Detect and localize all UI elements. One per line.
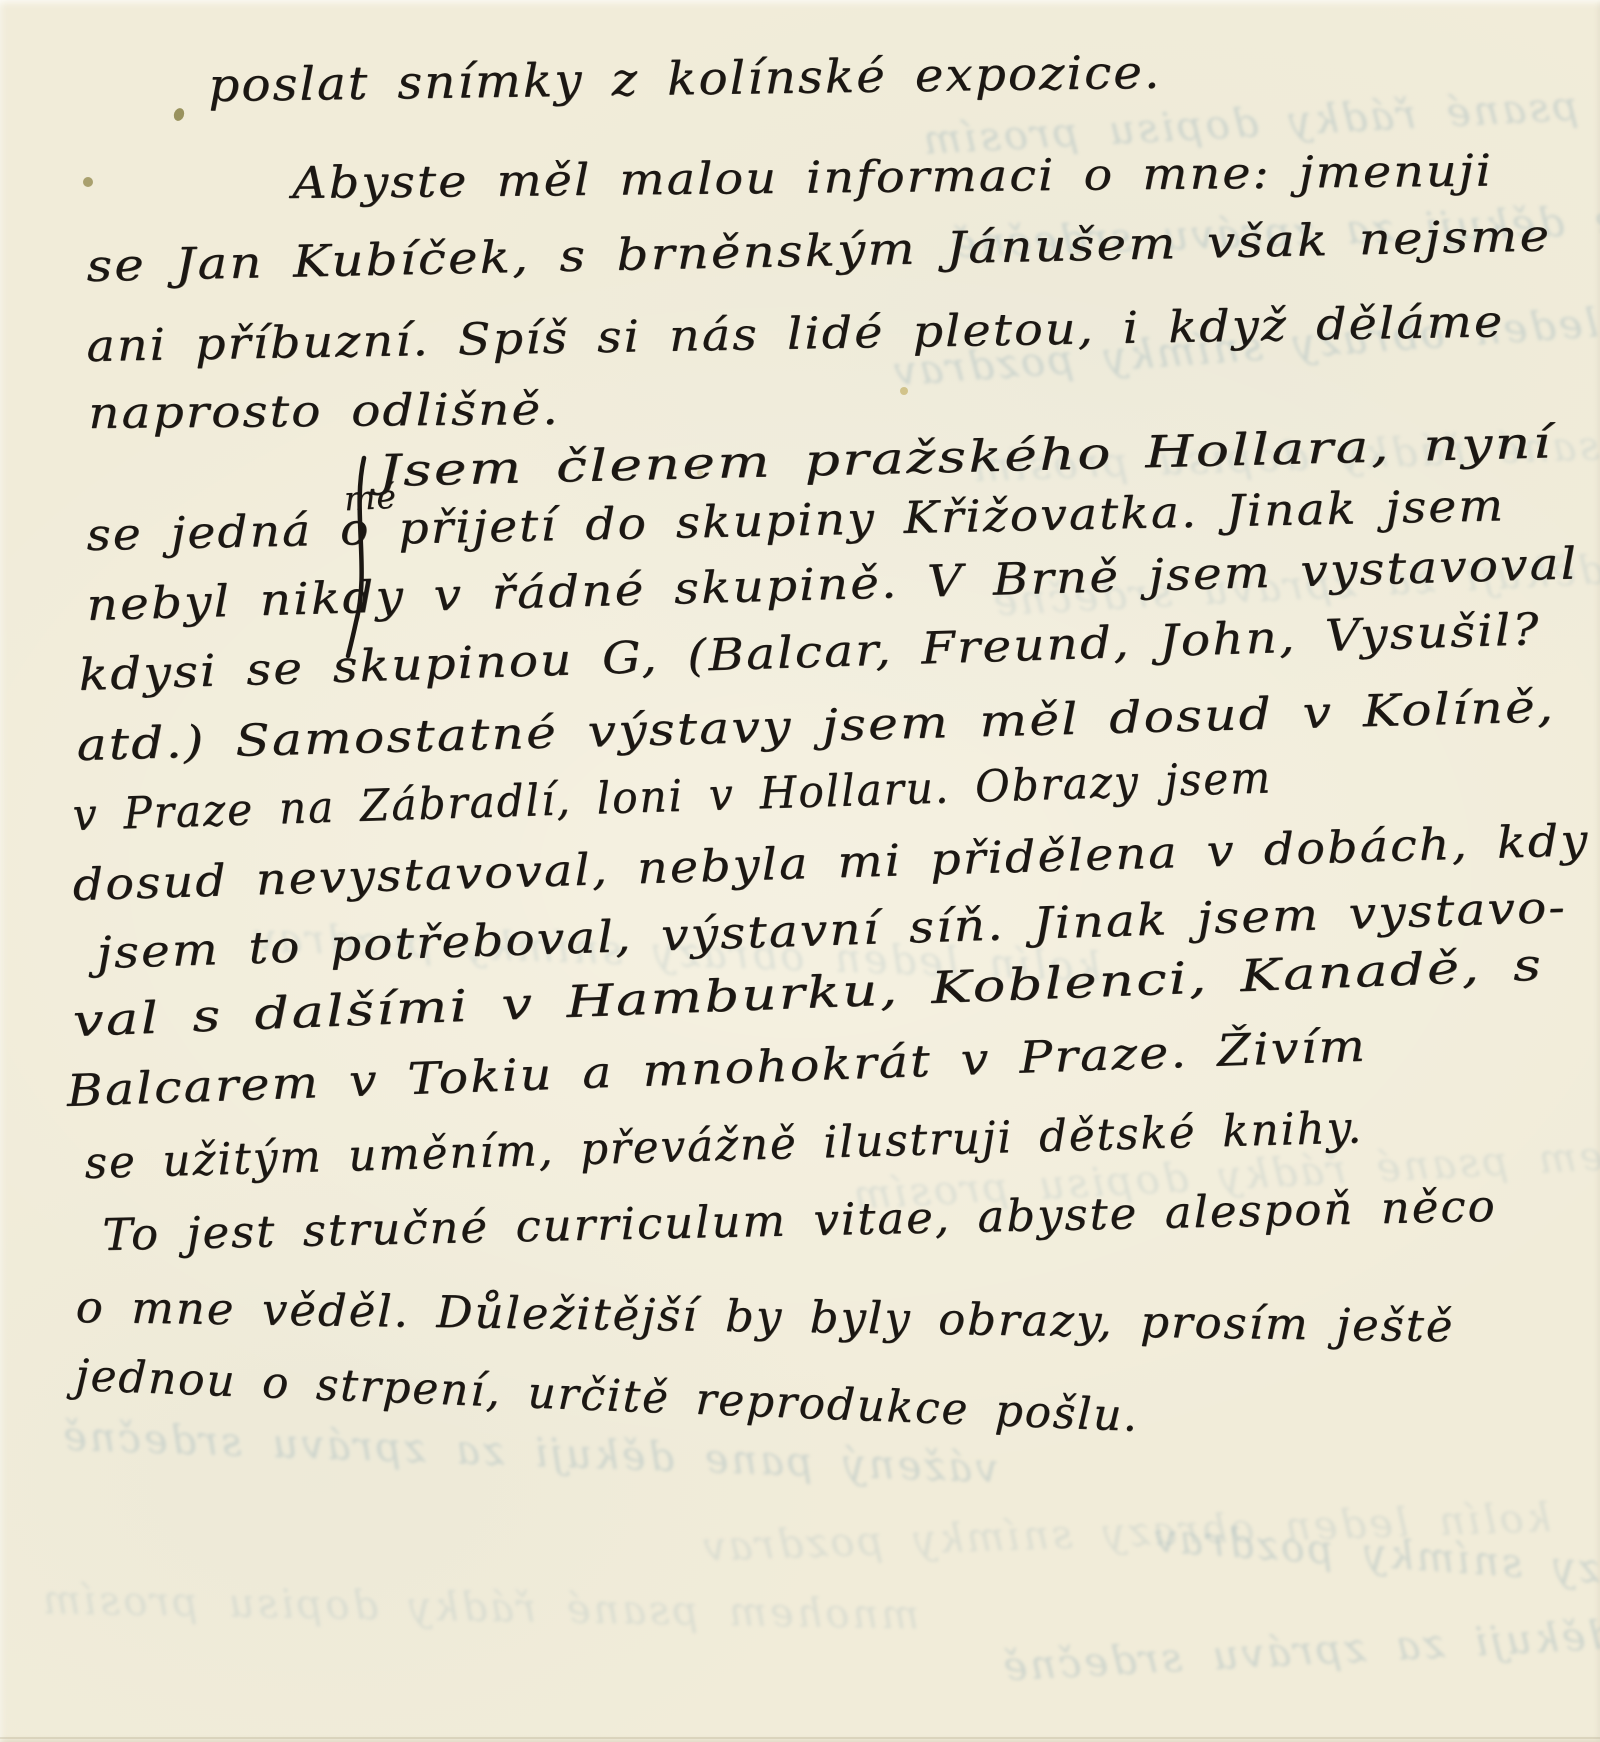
- paper-speck: [172, 107, 186, 123]
- bleed-through-text: kolín leden obrazy snímky pozdrav: [1149, 1515, 1600, 1620]
- letter-page: mnohem psané řádky dopisu prosím vážený …: [0, 0, 1600, 1742]
- bleed-through-text: kolín leden obrazy snímky pozdrav: [699, 1495, 1551, 1571]
- letter-line: atd.) Samostatné výstavy jsem měl dosud …: [76, 685, 1556, 768]
- letter-line: To jest stručné curriculum vitae, abyste…: [102, 1185, 1497, 1258]
- paper-speck: [900, 387, 908, 395]
- letter-line: Abyste měl malou informaci o mne: jmenuj…: [292, 149, 1493, 206]
- letter-line: poslat snímky z kolínské expozice.: [208, 49, 1162, 108]
- bleed-through-text: vážený pane děkuji za zprávu srdečně: [999, 1595, 1600, 1690]
- letter-line: ani příbuzní. Spíš si nás lidé pletou, i…: [86, 300, 1505, 369]
- scan-bottom-edge: [0, 1737, 1600, 1739]
- letter-line: se Jan Kubíček, s brněnským Jánušem však…: [86, 214, 1552, 289]
- letter-line: se užitým uměním, převážně ilustruji dět…: [84, 1106, 1364, 1186]
- letter-line: v Praze na Zábradlí, loni v Hollaru. Obr…: [72, 756, 1273, 838]
- insertion-caret-stroke: [326, 452, 396, 662]
- letter-line: jednou o strpení, určitě reprodukce pošl…: [74, 1354, 1140, 1439]
- letter-line: naprosto odlišně.: [88, 388, 560, 436]
- letter-line: o mne věděl. Důležitější by byly obrazy,…: [75, 1286, 1454, 1349]
- paper-speck: [83, 177, 93, 187]
- bleed-through-text: mnohem psané řádky dopisu prosím: [40, 1577, 920, 1638]
